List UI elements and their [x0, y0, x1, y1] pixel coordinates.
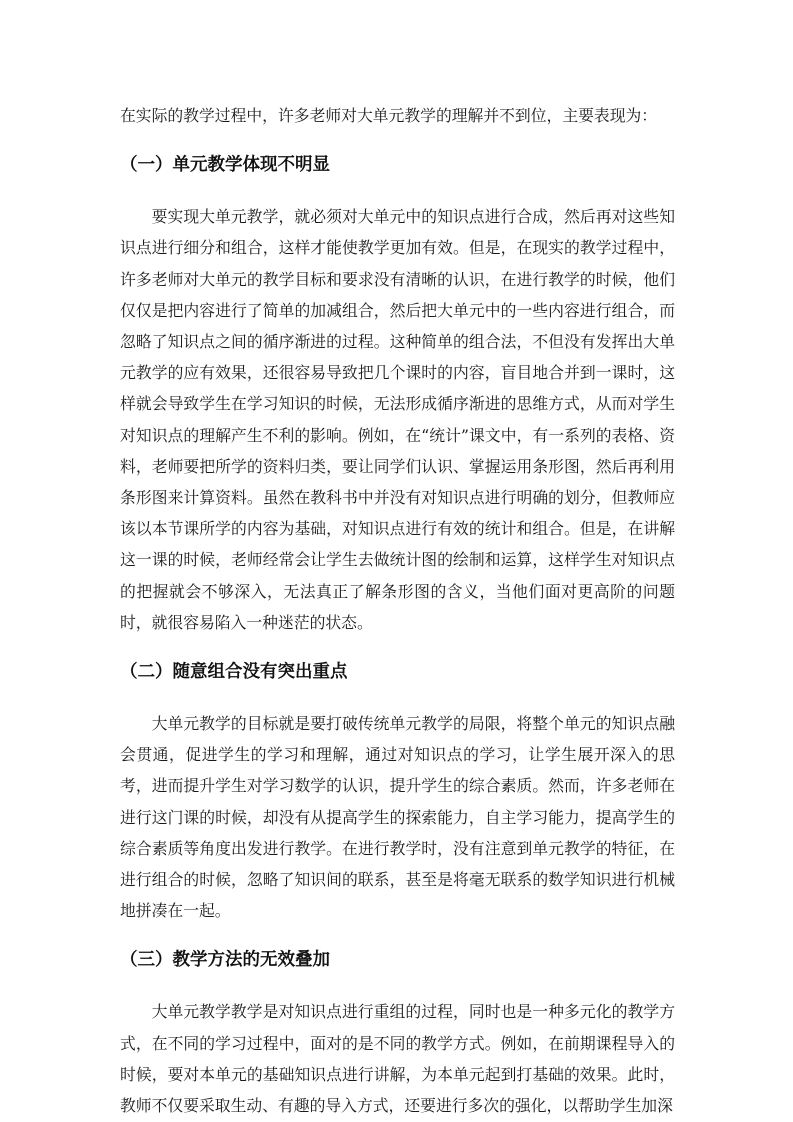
section-paragraph-3: 大单元教学教学是对知识点进行重组的过程，同时也是一种多元化的教学方式，在不同的学… — [120, 996, 675, 1121]
section-paragraph-1: 要实现大单元教学，就必须对大单元中的知识点进行合成，然后再对这些知识点进行细分和… — [120, 201, 675, 638]
intro-paragraph: 在实际的教学过程中，许多老师对大单元教学的理解并不到位，主要表现为： — [120, 100, 675, 131]
document-page: 在实际的教学过程中，许多老师对大单元教学的理解并不到位，主要表现为： （一）单元… — [120, 100, 675, 1121]
section-heading-3: （三）教学方法的无效叠加 — [120, 945, 675, 975]
section-heading-2: （二）随意组合没有突出重点 — [120, 657, 675, 687]
section-heading-1: （一）单元教学体现不明显 — [120, 150, 675, 180]
section-paragraph-2: 大单元教学的目标就是要打破传统单元教学的局限，将整个单元的知识点融会贯通，促进学… — [120, 708, 675, 926]
